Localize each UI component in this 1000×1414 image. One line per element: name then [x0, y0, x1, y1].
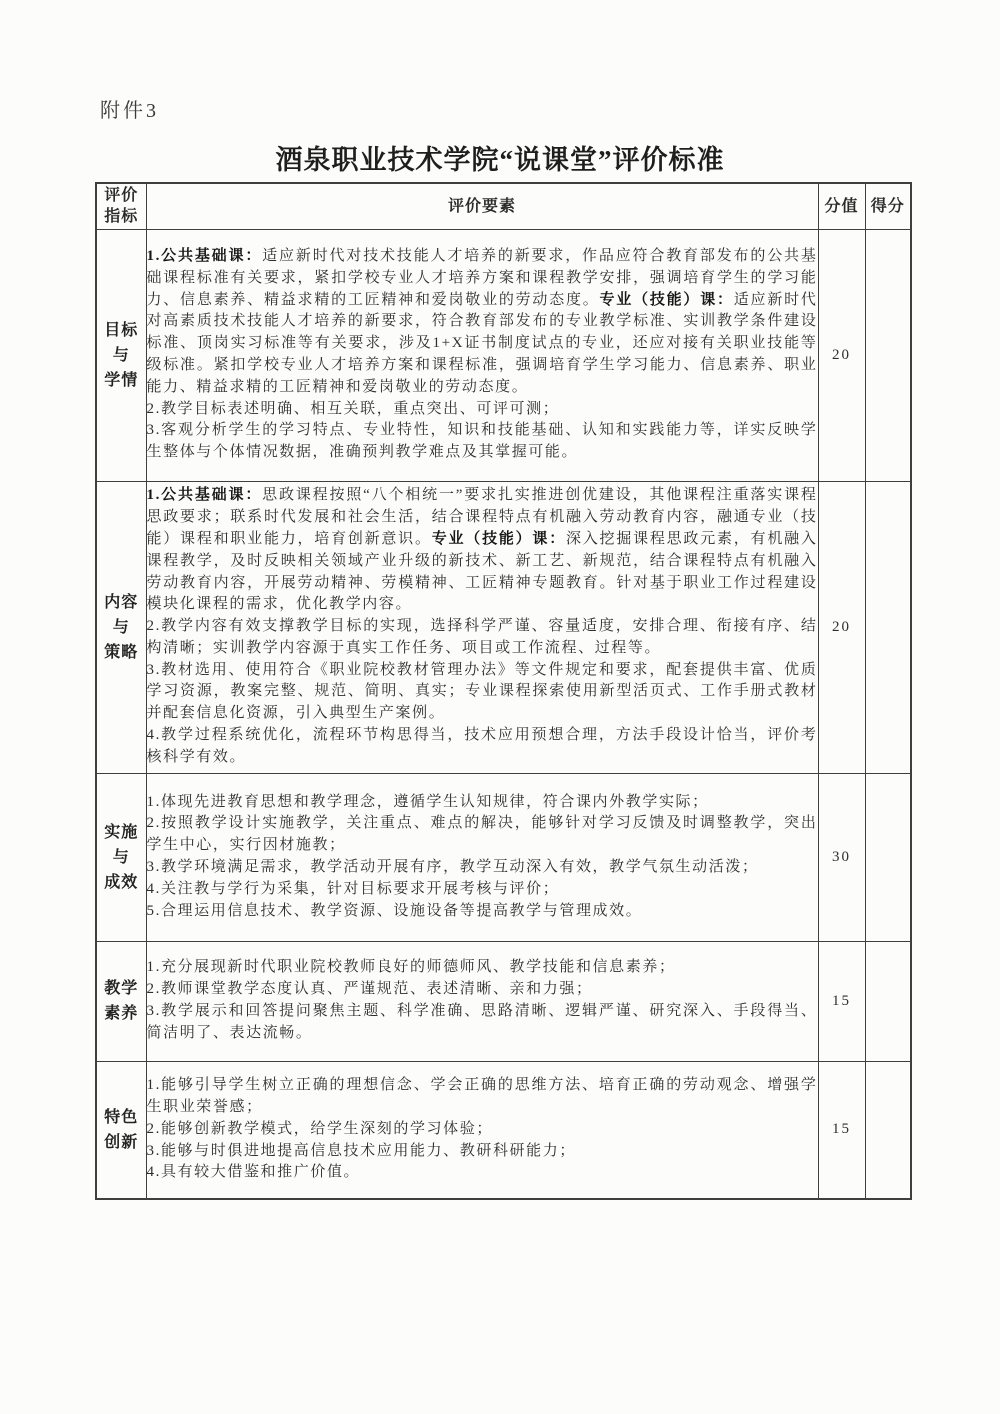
element-paragraph: 1.能够引导学生树立正确的理想信念、学会正确的思维方法、培育正确的劳动观念、增强…: [147, 1075, 818, 1119]
table-row: 内容与策略1.公共基础课：思政课程按照“八个相统一”要求扎实推进创优建设，其他课…: [96, 481, 911, 773]
elements-cell: 1.公共基础课：适应新时代对技术技能人才培养的新要求，作品应符合教育部发布的公共…: [146, 229, 818, 481]
points-cell: 20: [818, 229, 865, 481]
elements-cell: 1.公共基础课：思政课程按照“八个相统一”要求扎实推进创优建设，其他课程注重落实…: [146, 481, 818, 773]
element-text: 1.能够引导学生树立正确的理想信念、学会正确的思维方法、培育正确的劳动观念、增强…: [147, 1077, 818, 1115]
table-body: 目标与学情1.公共基础课：适应新时代对技术技能人才培养的新要求，作品应符合教育部…: [96, 229, 911, 1199]
points-cell: 20: [818, 481, 865, 773]
indicator-cell: 教学素养: [96, 941, 146, 1061]
elements-cell: 1.体现先进教育思想和教学理念，遵循学生认知规律，符合课内外教学实际；2.按照教…: [146, 773, 818, 941]
table-row: 实施与成效1.体现先进教育思想和教学理念，遵循学生认知规律，符合课内外教学实际；…: [96, 773, 911, 941]
indicator-line: 策略: [97, 640, 146, 665]
element-label-bold: 1.公共基础课：: [147, 248, 263, 264]
element-paragraph: 4.具有较大借鉴和推广价值。: [147, 1162, 818, 1184]
element-paragraph: 1.体现先进教育思想和教学理念，遵循学生认知规律，符合课内外教学实际；: [147, 792, 818, 814]
element-text: 2.教学内容有效支撑教学目标的实现，选择科学严谨、容量适度，安排合理、衔接有序、…: [147, 618, 818, 656]
col-header-points: 分值: [818, 183, 865, 229]
points-cell: 15: [818, 941, 865, 1061]
element-paragraph: 1.公共基础课：思政课程按照“八个相统一”要求扎实推进创优建设，其他课程注重落实…: [147, 485, 818, 616]
element-paragraph: 3.教材选用、使用符合《职业院校教材管理办法》等文件规定和要求，配套提供丰富、优…: [147, 660, 818, 725]
element-text: 3.客观分析学生的学习特点、专业特性，知识和技能基础、认知和实践能力等，详实反映…: [147, 422, 818, 460]
element-paragraph: 4.教学过程系统优化，流程环节构思得当，技术应用预想合理，方法手段设计恰当，评价…: [147, 725, 818, 769]
element-text: 4.具有较大借鉴和推广价值。: [147, 1164, 361, 1180]
indicator-cell: 目标与学情: [96, 229, 146, 481]
element-paragraph: 3.教学环境满足需求，教学活动开展有序，教学互动深入有效，教学气氛生动活泼；: [147, 857, 818, 879]
indicator-line: 目标: [97, 318, 146, 343]
indicator-line: 实施: [97, 820, 146, 845]
attachment-label: 附件3: [100, 94, 159, 123]
element-text: 3.教学展示和回答提问聚焦主题、科学准确、思路清晰、逻辑严谨、研究深入、手段得当…: [147, 1003, 818, 1041]
element-text: 2.教师课堂教学态度认真、严谨规范、表述清晰、亲和力强；: [147, 981, 593, 997]
table-header-row: 评价 指标 评价要素 分值 得分: [96, 183, 911, 229]
element-text: 2.教学目标表述明确、相互关联，重点突出、可评可测；: [147, 401, 560, 417]
evaluation-table: 评价 指标 评价要素 分值 得分 目标与学情1.公共基础课：适应新时代对技术技能…: [95, 182, 912, 1200]
col-header-indicator-line2: 指标: [97, 206, 146, 227]
element-paragraph: 4.关注教与学行为采集，针对目标要求开展考核与评价；: [147, 879, 818, 901]
col-header-score: 得分: [865, 183, 911, 229]
element-text: 4.教学过程系统优化，流程环节构思得当，技术应用预想合理，方法手段设计恰当，评价…: [147, 727, 818, 765]
indicator-line: 特色: [97, 1105, 146, 1130]
score-cell: [865, 773, 911, 941]
element-text: 2.按照教学设计实施教学，关注重点、难点的解决，能够针对学习反馈及时调整教学，突…: [147, 815, 818, 853]
indicator-line: 与: [97, 343, 146, 368]
score-cell: [865, 1061, 911, 1199]
element-text: 1.体现先进教育思想和教学理念，遵循学生认知规律，符合课内外教学实际；: [147, 794, 709, 810]
element-paragraph: 2.教学目标表述明确、相互关联，重点突出、可评可测；: [147, 399, 818, 421]
element-label-bold: 专业（技能）课：: [432, 531, 566, 547]
indicator-line: 成效: [97, 870, 146, 895]
indicator-line: 创新: [97, 1130, 146, 1155]
element-paragraph: 2.按照教学设计实施教学，关注重点、难点的解决，能够针对学习反馈及时调整教学，突…: [147, 813, 818, 857]
col-header-indicator-line1: 评价: [97, 185, 146, 206]
element-label-bold: 专业（技能）课：: [600, 292, 734, 308]
indicator-cell: 特色创新: [96, 1061, 146, 1199]
element-text: 4.关注教与学行为采集，针对目标要求开展考核与评价；: [147, 881, 560, 897]
indicator-line: 与: [97, 845, 146, 870]
element-text: 1.充分展现新时代职业院校教师良好的师德师风、教学技能和信息素养；: [147, 959, 676, 975]
table-row: 特色创新1.能够引导学生树立正确的理想信念、学会正确的思维方法、培育正确的劳动观…: [96, 1061, 911, 1199]
points-cell: 15: [818, 1061, 865, 1199]
indicator-line: 教学: [97, 976, 146, 1001]
indicator-line: 素养: [97, 1001, 146, 1026]
table-row: 教学素养1.充分展现新时代职业院校教师良好的师德师风、教学技能和信息素养；2.教…: [96, 941, 911, 1061]
col-header-indicator: 评价 指标: [96, 183, 146, 229]
indicator-cell: 内容与策略: [96, 481, 146, 773]
element-paragraph: 1.公共基础课：适应新时代对技术技能人才培养的新要求，作品应符合教育部发布的公共…: [147, 246, 818, 399]
element-text: 5.合理运用信息技术、教学资源、设施设备等提高教学与管理成效。: [147, 903, 643, 919]
element-paragraph: 3.教学展示和回答提问聚焦主题、科学准确、思路清晰、逻辑严谨、研究深入、手段得当…: [147, 1001, 818, 1045]
indicator-line: 学情: [97, 368, 146, 393]
element-paragraph: 2.教师课堂教学态度认真、严谨规范、表述清晰、亲和力强；: [147, 979, 818, 1001]
elements-cell: 1.能够引导学生树立正确的理想信念、学会正确的思维方法、培育正确的劳动观念、增强…: [146, 1061, 818, 1199]
indicator-line: 内容: [97, 590, 146, 615]
score-cell: [865, 481, 911, 773]
table-row: 目标与学情1.公共基础课：适应新时代对技术技能人才培养的新要求，作品应符合教育部…: [96, 229, 911, 481]
element-paragraph: 3.能够与时俱进地提高信息技术应用能力、教研科研能力；: [147, 1141, 818, 1163]
document-page: 附件3 酒泉职业技术学院“说课堂”评价标准 评价 指标 评价要素 分值 得分 目…: [0, 0, 1000, 1414]
element-paragraph: 1.充分展现新时代职业院校教师良好的师德师风、教学技能和信息素养；: [147, 957, 818, 979]
indicator-cell: 实施与成效: [96, 773, 146, 941]
indicator-line: 与: [97, 615, 146, 640]
score-cell: [865, 229, 911, 481]
element-text: 3.教学环境满足需求，教学活动开展有序，教学互动深入有效，教学气氛生动活泼；: [147, 859, 759, 875]
col-header-elements: 评价要素: [146, 183, 818, 229]
element-text: 3.教材选用、使用符合《职业院校教材管理办法》等文件规定和要求，配套提供丰富、优…: [147, 662, 818, 722]
element-paragraph: 2.教学内容有效支撑教学目标的实现，选择科学严谨、容量适度，安排合理、衔接有序、…: [147, 616, 818, 660]
element-paragraph: 3.客观分析学生的学习特点、专业特性，知识和技能基础、认知和实践能力等，详实反映…: [147, 420, 818, 464]
score-cell: [865, 941, 911, 1061]
page-title: 酒泉职业技术学院“说课堂”评价标准: [0, 138, 1000, 177]
element-paragraph: 5.合理运用信息技术、教学资源、设施设备等提高教学与管理成效。: [147, 901, 818, 923]
element-text: 2.能够创新教学模式，给学生深刻的学习体验；: [147, 1121, 493, 1137]
element-paragraph: 2.能够创新教学模式，给学生深刻的学习体验；: [147, 1119, 818, 1141]
element-label-bold: 1.公共基础课：: [147, 487, 263, 503]
points-cell: 30: [818, 773, 865, 941]
elements-cell: 1.充分展现新时代职业院校教师良好的师德师风、教学技能和信息素养；2.教师课堂教…: [146, 941, 818, 1061]
element-text: 3.能够与时俱进地提高信息技术应用能力、教研科研能力；: [147, 1143, 576, 1159]
